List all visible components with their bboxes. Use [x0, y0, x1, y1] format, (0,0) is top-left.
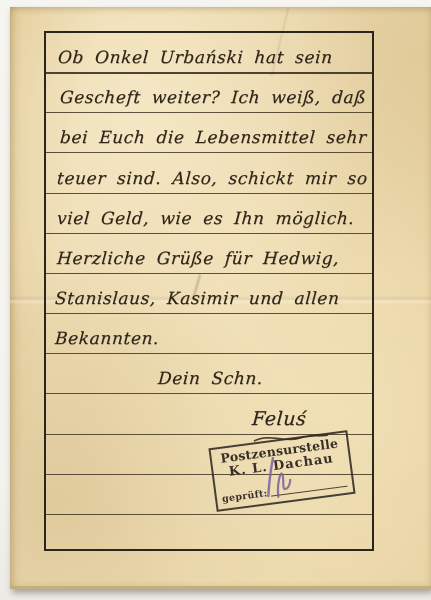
ruled-line — [46, 313, 372, 314]
ruled-line — [46, 193, 372, 194]
handwritten-line: Gescheft weiter? Ich weiß, daß — [59, 86, 367, 110]
ruled-line — [46, 514, 372, 515]
ruled-line — [46, 353, 372, 354]
handwritten-line: bei Euch die Lebensmittel sehr — [59, 126, 367, 150]
ruled-line — [46, 233, 372, 234]
photo-background: Ob Onkel Urbański hat sein Gescheft weit… — [0, 0, 431, 600]
ruled-line — [46, 72, 372, 74]
handwritten-closing: Dein Schn. — [157, 367, 264, 391]
handwritten-signature: Feluś — [251, 407, 307, 431]
handwritten-line: teuer sind. Also, schickt mir so — [56, 167, 368, 191]
letter-paper: Ob Onkel Urbański hat sein Gescheft weit… — [10, 7, 431, 589]
handwritten-line: viel Geld, wie es Ihn möglich. — [56, 207, 355, 231]
ruled-line — [46, 393, 372, 394]
handwritten-line: Herzliche Grüße für Hedwig, — [56, 247, 340, 271]
handwritten-line: Stanislaus, Kasimir und allen — [54, 287, 340, 311]
ruled-frame: Ob Onkel Urbański hat sein Gescheft weit… — [44, 31, 374, 551]
ruled-line — [46, 152, 372, 153]
censor-stamp: Postzensurstelle K. L. Dachau geprüft: — [208, 430, 355, 512]
handwritten-line: Bekannten. — [54, 327, 160, 351]
ruled-line — [46, 273, 372, 274]
censor-initials-mark — [256, 452, 296, 502]
handwritten-line: Ob Onkel Urbański hat sein — [57, 46, 333, 70]
ruled-line — [46, 112, 372, 113]
